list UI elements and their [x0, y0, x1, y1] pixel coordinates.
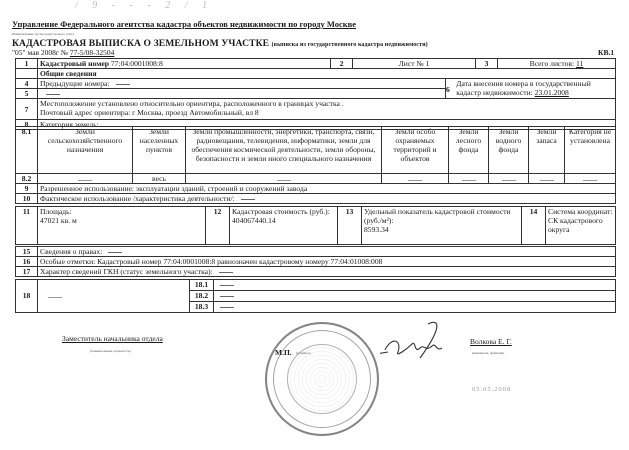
row-18-2-value [214, 291, 616, 302]
cadastral-number-label: Кадастровый номер [40, 59, 109, 68]
total-sheets-value: 11 [576, 59, 583, 68]
category-reserve: Земли запаса [529, 127, 565, 174]
empty-dash [220, 296, 234, 297]
category-protected: Земли особо охраняемых территорий и объе… [382, 127, 449, 174]
empty-dash [462, 180, 476, 181]
specific-cost: Удельный показатель кадастровой стоимост… [362, 207, 522, 245]
rights-info: Сведения о правах: [38, 247, 616, 257]
row-num: 8.1 [16, 127, 38, 174]
stamp-label: М.П. [275, 348, 292, 357]
row-num: 12 [206, 207, 230, 245]
gkn-status-label: Характер сведений ГКН (статус земельного… [40, 267, 213, 276]
empty-dash [116, 84, 130, 85]
coordinate-system: Система координат:СК кадастрового округа [546, 207, 616, 245]
organization-caption: Наименование органа кадастрового учета [12, 32, 74, 36]
location-line: Местоположение установлено относительно … [40, 99, 613, 108]
row-num: 18 [16, 280, 38, 313]
usage-table: 9Разрешенное использование: эксплуатации… [15, 183, 616, 204]
specific-cost-unit: (руб./м²): [364, 216, 519, 225]
registration-date: Дата внесения номера в государственный к… [452, 79, 613, 97]
empty-dash [408, 180, 422, 181]
cadastral-number-value: 77:04:0001008:8 [109, 59, 163, 68]
name-caption: (инициалы, фамилия) [472, 351, 504, 355]
empty-dash [220, 285, 234, 286]
date-text: "05" мая 2008г № [12, 48, 70, 57]
sub-num: 18.2 [190, 291, 214, 302]
empty-dash [219, 272, 233, 273]
organization-name: Управление Федерального агентства кадаст… [12, 19, 356, 29]
row-num: 16 [16, 257, 38, 267]
rights-table: 15Сведения о правах: 16Особые отметки: К… [15, 246, 616, 277]
row-num: 15 [16, 247, 38, 257]
row-num: 13 [338, 207, 362, 245]
empty-dash [540, 180, 554, 181]
category-settlements: Земли населенных пунктов [133, 127, 186, 174]
previous-numbers: Предыдущие номера: [38, 79, 446, 89]
sub-num: 18.3 [190, 302, 214, 313]
actual-use: Фактическое использование /характеристик… [38, 194, 616, 204]
special-notes: Особые отметки: Кадастровый номер 77:04:… [38, 257, 616, 267]
empty-dash [277, 180, 291, 181]
row-num: 14 [522, 207, 546, 245]
cadastral-cost-label: Кадастровая стоимость (руб.): [232, 207, 335, 216]
row-num: 7 [16, 99, 38, 120]
registration-date-cell: 6Дата внесения номера в государственный … [446, 79, 616, 99]
empty-dash [502, 180, 516, 181]
empty-dash [108, 252, 122, 253]
row-18-table: 18 18.1 18.2 18.3 [15, 279, 616, 313]
postal-address: Почтовый адрес ориентира: г Москва, прое… [40, 108, 613, 117]
empty-dash [583, 180, 597, 181]
sub-num: 18.1 [190, 280, 214, 291]
title-note: (выписка из государственного кадастра не… [272, 42, 428, 48]
area: Площадь:47021 кв. м [38, 207, 206, 245]
row-5-value [38, 89, 446, 99]
registration-date-label: Дата внесения номера в государственный к… [456, 79, 590, 97]
empty-dash [48, 297, 62, 298]
form-code: КВ.1 [598, 48, 614, 57]
empty-dash [46, 94, 60, 95]
row-num: 5 [16, 89, 38, 99]
section-general: Общие сведения [38, 69, 616, 79]
specific-cost-label: Удельный показатель кадастровой стоимост… [364, 207, 519, 216]
official-stamp [265, 322, 379, 436]
land-category-table: 8.1 Земли сельскохозяйственного назначен… [15, 126, 616, 184]
category-not-set: Категория не установлена [565, 127, 616, 174]
position-caption: (наименование должности) [90, 349, 131, 353]
row-num: 17 [16, 267, 38, 277]
row-18-3-value [214, 302, 616, 313]
coordinate-system-label: Система координат: [548, 207, 613, 216]
rights-label: Сведения о правах: [40, 247, 102, 256]
empty-num-cell [16, 69, 38, 79]
empty-dash [241, 199, 255, 200]
stamp-date: 05.05.2008 [472, 386, 511, 394]
signer-name: Волкова Е. Г. [470, 337, 512, 346]
handwritten-signature [380, 318, 470, 368]
handwritten-mark: / 9 ‐ ‐ ‐ 2 / 1 [75, 0, 213, 12]
coordinate-system-value: СК кадастрового округа [548, 216, 613, 234]
previous-numbers-label: Предыдущие номера: [40, 79, 110, 88]
document-number: 77-5/08-32504 [70, 48, 115, 57]
category-agricultural: Земли сельскохозяйственного назначения [38, 127, 133, 174]
row-num: 11 [16, 207, 38, 245]
empty-dash [220, 307, 234, 308]
area-label: Площадь: [40, 207, 203, 216]
row-num: 10 [16, 194, 38, 204]
gkn-status: Характер сведений ГКН (статус земельного… [38, 267, 616, 277]
permitted-use: Разрешенное использование: эксплуатации … [38, 184, 616, 194]
main-table-general: Общие сведения 4 Предыдущие номера: 6Дат… [15, 68, 616, 130]
empty-dash [78, 180, 92, 181]
row-num: 4 [16, 79, 38, 89]
cadastral-cost-value: 404067440.14 [232, 216, 335, 225]
location: Местоположение установлено относительно … [38, 99, 616, 120]
document-date: "05" мая 2008г № 77-5/08-32504 [12, 48, 114, 57]
row-18-1-value [214, 280, 616, 291]
position-title: Заместитель начальника отдела [62, 334, 163, 343]
total-sheets-label: Всего листов: [530, 59, 576, 68]
category-industrial: Земли промышленности, энергетики, трансп… [186, 127, 382, 174]
category-water: Земли водного фонда [489, 127, 529, 174]
category-forest: Земли лесного фонда [449, 127, 489, 174]
row-num: 9 [16, 184, 38, 194]
signature-caption: (подпись) [296, 351, 311, 355]
specific-cost-value: 8593.34 [364, 225, 519, 234]
cadastral-cost: Кадастровая стоимость (руб.):404067440.1… [230, 207, 338, 245]
row-18-value [38, 280, 190, 313]
registration-date-value: 23.01.2008 [535, 88, 569, 97]
area-value: 47021 кв. м [40, 216, 203, 225]
actual-use-label: Фактическое использование /характеристик… [40, 194, 235, 203]
area-cost-table: 11 Площадь:47021 кв. м 12 Кадастровая ст… [15, 206, 616, 245]
